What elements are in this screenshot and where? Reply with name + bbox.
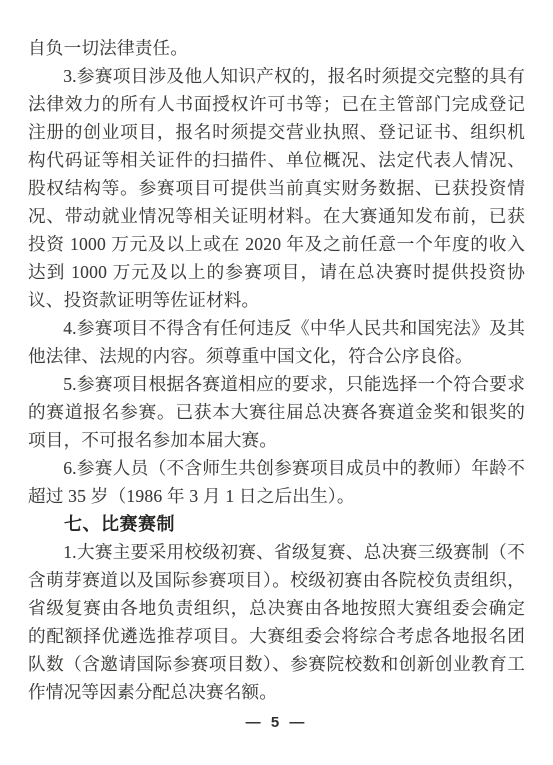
- paragraph-continued: 自负一切法律责任。: [28, 34, 525, 62]
- paragraph-item-4: 4.参赛项目不得含有任何违反《中华人民共和国宪法》及其他法律、法规的内容。须尊重…: [28, 314, 525, 370]
- paragraph-item-5: 5.参赛项目根据各赛道相应的要求，只能选择一个符合要求的赛道报名参赛。已获本大赛…: [28, 370, 525, 454]
- page-number: — 5 —: [0, 714, 553, 731]
- paragraph-item-3: 3.参赛项目涉及他人知识产权的，报名时须提交完整的具有法律效力的所有人书面授权许…: [28, 62, 525, 314]
- section-heading: 七、比赛赛制: [28, 510, 525, 538]
- document-page: 自负一切法律责任。 3.参赛项目涉及他人知识产权的，报名时须提交完整的具有法律效…: [0, 0, 553, 765]
- paragraph-item-1: 1.大赛主要采用校级初赛、省级复赛、总决赛三级赛制（不含萌芽赛道以及国际参赛项目…: [28, 538, 525, 706]
- paragraph-item-6: 6.参赛人员（不含师生共创参赛项目成员中的教师）年龄不超过 35 岁（1986 …: [28, 454, 525, 510]
